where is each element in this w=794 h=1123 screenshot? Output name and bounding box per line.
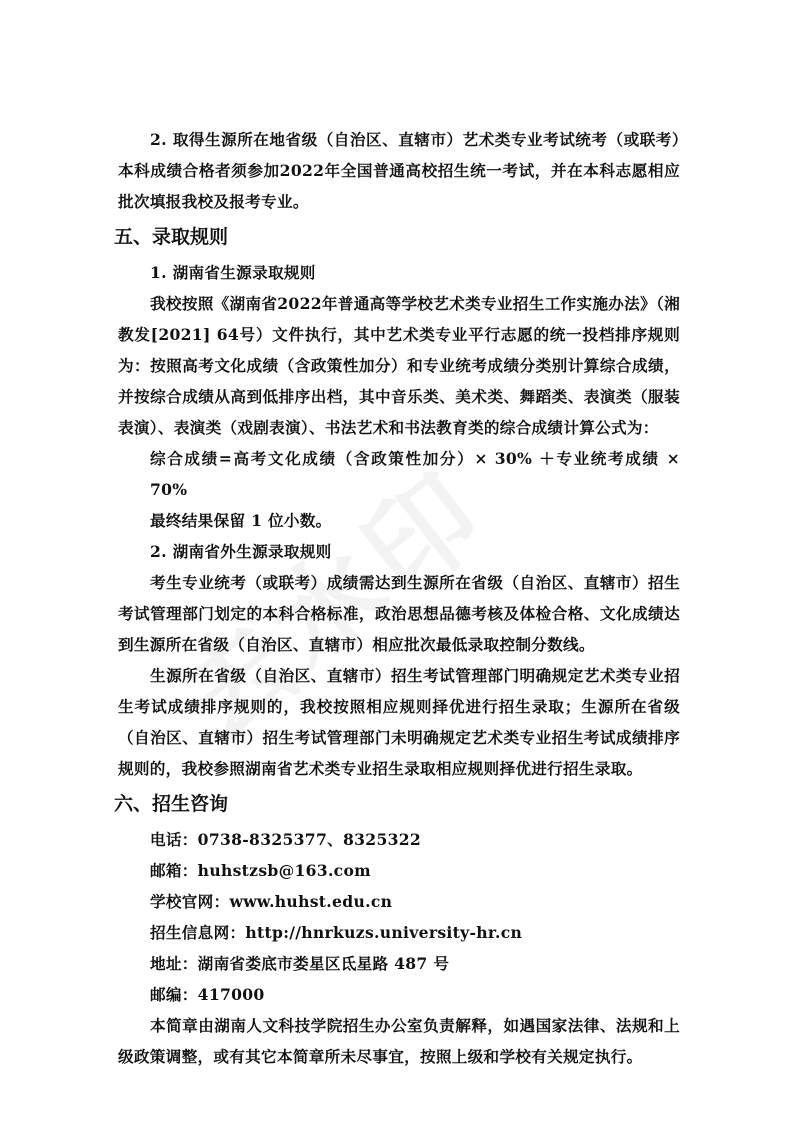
contact-website: 学校官网：www.huhst.edu.cn (118, 886, 680, 917)
section5-heading: 五、录取规则 (114, 222, 680, 253)
rounding-note: 最终结果保留 1 位小数。 (118, 505, 680, 536)
contact-phone: 电话：0738-8325377、8325322 (118, 824, 680, 855)
section5-sub2-paragraph2: 生源所在省级（自治区、直辖市）招生考试管理部门明确规定艺术类专业招生考试成绩排序… (118, 660, 680, 784)
section5-sub1-title: 1. 湖南省生源录取规则 (118, 257, 680, 288)
section5-sub2-title: 2. 湖南省外生源录取规则 (118, 536, 680, 567)
formula: 综合成绩=高考文化成绩（含政策性加分）× 30% ＋专业统考成绩 × 70% (118, 443, 680, 505)
contact-admission-site: 招生信息网：http://hnrkuzs.university-hr.cn (118, 917, 680, 948)
section4-item2-paragraph: 2. 取得生源所在地省级（自治区、直辖市）艺术类专业考试统考（或联考）本科成绩合… (118, 124, 680, 217)
contact-address: 地址：湖南省娄底市娄星区氐星路 487 号 (118, 948, 680, 979)
document-page: 2. 取得生源所在地省级（自治区、直辖市）艺术类专业考试统考（或联考）本科成绩合… (118, 124, 680, 1072)
section5-sub1-paragraph: 我校按照《湖南省2022年普通高等学校艺术类专业招生工作实施办法》（湘教发[20… (118, 288, 680, 443)
contact-postcode: 邮编：417000 (118, 979, 680, 1010)
closing-paragraph: 本简章由湖南人文科技学院招生办公室负责解释，如遇国家法律、法规和上级政策调整，或… (118, 1010, 680, 1072)
contact-email: 邮箱：huhstzsb@163.com (118, 855, 680, 886)
section5-sub2-paragraph1: 考生专业统考（或联考）成绩需达到生源所在省级（自治区、直辖市）招生考试管理部门划… (118, 567, 680, 660)
section6-heading: 六、招生咨询 (114, 789, 680, 820)
